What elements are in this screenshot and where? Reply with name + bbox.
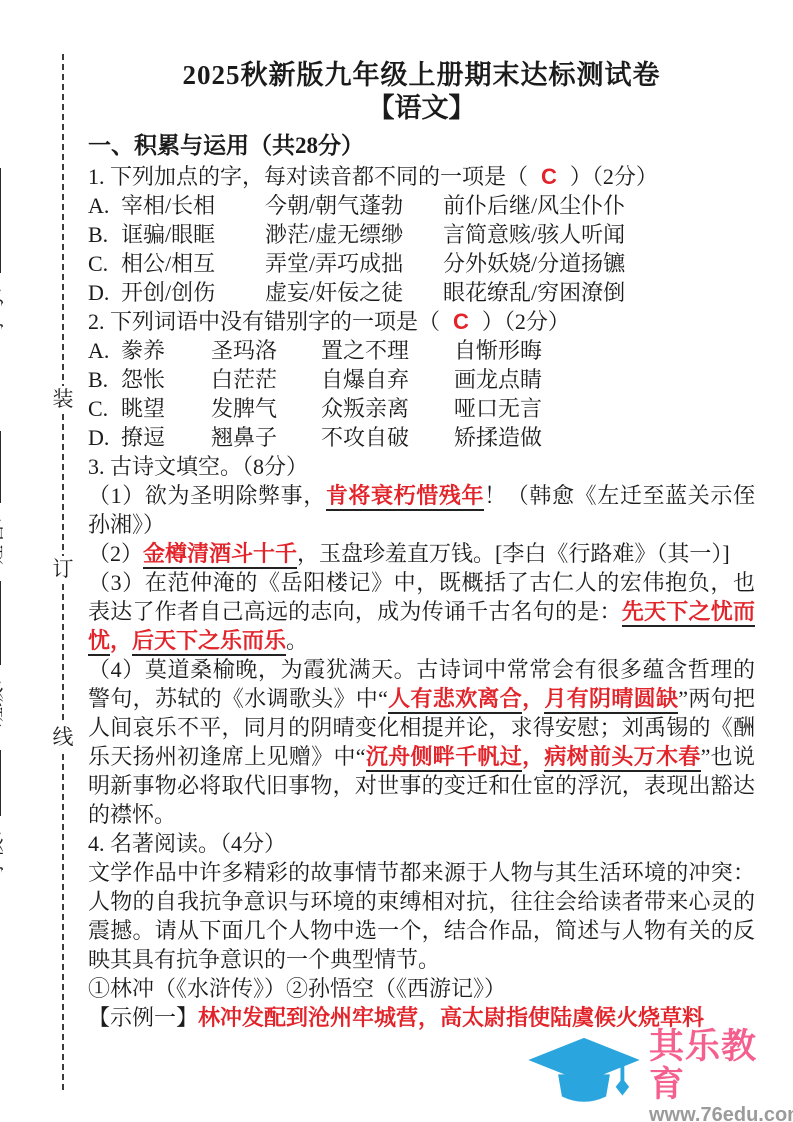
q1-option-c-pair2: 弄堂/弄巧成拙 xyxy=(265,249,443,278)
q1-option-b-pair2: 渺茫/虚无缥缈 xyxy=(265,220,443,249)
q1-option-d-pair1: 开创/创伤 xyxy=(121,278,265,307)
q1-option-a-pair2: 今朝/朝气蓬勃 xyxy=(265,191,443,220)
q2-option-d: D.撩逗翘鼻子不攻自破矫揉造做 xyxy=(88,423,755,452)
q1-option-d-pair2: 虚妄/奸佞之徒 xyxy=(265,278,443,307)
paper-subject: 【语文】 xyxy=(88,92,755,124)
q2-option-a-word2: 圣玛洛 xyxy=(211,336,321,365)
paper-content: 2025秋新版九年级上册期末达标测试卷 【语文】 一、积累与运用（共28分） 1… xyxy=(88,58,755,1032)
binding-char-xian: 线 xyxy=(50,724,76,750)
q3-fill-1: （1）欲为圣明除弊事，肯将衰朽惜残年！（韩愈《左迁至蓝关示侄孙湘》） xyxy=(88,481,755,539)
q1-option-a-label: A. xyxy=(88,191,121,220)
q3-fill-3-answer2: 后天下之乐而乐 xyxy=(132,628,286,656)
q2-stem-pre: 2. 下列词语中没有错别字的一项是（ xyxy=(88,309,440,334)
q2-stem-post: ）（2分） xyxy=(482,309,570,334)
q2-option-b-label: B. xyxy=(88,365,121,394)
q3-fill-3: （3）在范仲淹的《岳阳楼记》中，既概括了古仁人的宏伟抱负，也表达了作者自己高远的… xyxy=(88,568,755,655)
q3-fill-4-answer3: 沉舟侧畔千帆过 xyxy=(366,744,523,772)
q1-stem: 1. 下列加点的字，每对读音都不同的一项是（C）（2分） xyxy=(88,162,755,191)
q2-option-c: C.眺望发脾气众叛亲离哑口无言 xyxy=(88,394,755,423)
q1-option-b-pair1: 诓骗/眼眶 xyxy=(121,220,265,249)
q2-option-c-word4: 哑口无言 xyxy=(454,394,542,423)
field-class: 班级： xyxy=(0,581,8,727)
q2-option-b-word3: 自爆自弃 xyxy=(321,365,454,394)
q2-option-a-word3: 置之不理 xyxy=(321,336,454,365)
q3-fill-4-answer2: 月有阴晴圆缺 xyxy=(544,686,678,714)
q2-option-c-word2: 发脾气 xyxy=(211,394,321,423)
q3-fill-1-answer: 肯将衰朽惜残年 xyxy=(326,483,484,511)
q2-option-b-word1: 怨怅 xyxy=(121,365,211,394)
q2-option-d-word3: 不攻自破 xyxy=(321,423,454,452)
field-student-id-blank xyxy=(0,168,1,273)
section-1-heading: 一、积累与运用（共28分） xyxy=(88,130,755,162)
q4-choices: ①林冲（《水浒传》）②孙悟空（《西游记》） xyxy=(88,974,755,1003)
q1-option-b-pair3: 言简意赅/骇人听闻 xyxy=(443,220,625,249)
q3-stem: 3. 古诗文填空。（8分） xyxy=(88,452,755,481)
q3-fill-2-answer: 金樽清酒斗十千 xyxy=(143,541,297,569)
field-name-blank xyxy=(0,431,1,503)
q1-option-c-pair3: 分外妖娆/分道扬镳 xyxy=(443,249,625,278)
q1-option-a: A.宰相/长相今朝/朝气蓬勃前仆后继/风尘仆仆 xyxy=(88,191,755,220)
q1-option-c-pair1: 相公/相互 xyxy=(121,249,265,278)
q3-fill-2-post: ，玉盘珍羞直万钱。[李白《行路难》（其一）] xyxy=(297,541,730,566)
exam-paper-page: 装 订 线 学号： 姓名： 班级： 学校： 2025秋新版九年级上册期末达标测试… xyxy=(0,0,793,1122)
q3-fill-4: （4）莫道桑榆晚，为霞犹满天。古诗词中常常会有很多蕴含哲理的警句，苏轼的《水调歌… xyxy=(88,655,755,829)
q2-answer: C xyxy=(453,309,469,334)
publisher-logo: 其乐教育 www.76edu.com xyxy=(523,1028,791,1122)
publisher-website: www.76edu.com xyxy=(649,1104,791,1122)
field-student-id: 学号： xyxy=(0,168,8,335)
q2-option-d-word4: 矫揉造做 xyxy=(454,423,542,452)
publisher-brand-name: 其乐教育 xyxy=(649,1028,791,1104)
q2-option-a: A.豢养圣玛洛置之不理自惭形晦 xyxy=(88,336,755,365)
q2-option-b-word4: 画龙点睛 xyxy=(454,365,542,394)
q1-option-d: D.开创/创伤虚妄/奸佞之徒眼花缭乱/穷困潦倒 xyxy=(88,278,755,307)
field-class-blank xyxy=(0,581,1,665)
q1-stem-pre: 1. 下列加点的字，每对读音都不同的一项是（ xyxy=(88,164,528,189)
q1-option-b-label: B. xyxy=(88,220,121,249)
q2-option-d-word1: 撩逗 xyxy=(121,423,211,452)
q1-answer: C xyxy=(541,164,557,189)
field-school: 学校： xyxy=(0,750,8,878)
q1-option-a-pair3: 前仆后继/风尘仆仆 xyxy=(443,191,625,220)
q3-fill-4-answer1: 人有悲欢离合 xyxy=(388,686,522,714)
q3-fill-2: （2）金樽清酒斗十千，玉盘珍羞直万钱。[李白《行路难》（其一）] xyxy=(88,539,755,568)
field-class-label: 班级： xyxy=(0,667,6,727)
field-school-blank xyxy=(0,750,1,816)
q4-stem: 4. 名著阅读。（4分） xyxy=(88,829,755,858)
q3-fill-4-sep1: ， xyxy=(522,686,544,711)
q4-example-text: 林冲发配到沧州牢城营，高太尉指使陆虞候火烧草料 xyxy=(198,1005,704,1030)
q2-option-b-word2: 白茫茫 xyxy=(211,365,321,394)
q2-option-a-label: A. xyxy=(88,336,121,365)
q2-option-d-label: D. xyxy=(88,423,121,452)
q1-option-c-label: C. xyxy=(88,249,121,278)
q2-option-c-word1: 眺望 xyxy=(121,394,211,423)
q1-option-d-pair3: 眼花缭乱/穷困潦倒 xyxy=(443,278,625,307)
q3-fill-4-sep2: ， xyxy=(522,744,544,769)
q1-option-d-label: D. xyxy=(88,278,121,307)
q4-body: 文学作品中许多精彩的故事情节都来源于人物与其生活环境的冲突：人物的自我抗争意识与… xyxy=(88,858,755,974)
field-student-id-label: 学号： xyxy=(0,275,6,335)
q2-option-c-label: C. xyxy=(88,394,121,423)
q2-option-b: B.怨怅白茫茫自爆自弃画龙点睛 xyxy=(88,365,755,394)
field-name: 姓名： xyxy=(0,431,8,565)
q1-option-a-pair1: 宰相/长相 xyxy=(121,191,265,220)
q3-fill-3-sep: ， xyxy=(110,628,132,653)
q1-option-c: C.相公/相互弄堂/弄巧成拙分外妖娆/分道扬镳 xyxy=(88,249,755,278)
q3-fill-1-pre: （1）欲为圣明除弊事， xyxy=(88,483,326,508)
q2-option-c-word3: 众叛亲离 xyxy=(321,394,454,423)
q1-option-b: B.诓骗/眼眶渺茫/虚无缥缈言简意赅/骇人听闻 xyxy=(88,220,755,249)
q2-option-a-word4: 自惭形晦 xyxy=(454,336,542,365)
publisher-logo-texts: 其乐教育 www.76edu.com xyxy=(649,1028,791,1122)
field-name-label: 姓名： xyxy=(0,505,6,565)
q4-example-label: 【示例一】 xyxy=(88,1005,198,1030)
binding-char-ding: 订 xyxy=(50,556,76,582)
q1-stem-post: ）（2分） xyxy=(570,164,658,189)
q2-stem: 2. 下列词语中没有错别字的一项是（C）（2分） xyxy=(88,307,755,336)
paper-title: 2025秋新版九年级上册期末达标测试卷 xyxy=(88,58,755,92)
q3-fill-3-post: 。 xyxy=(286,628,308,653)
q2-option-a-word1: 豢养 xyxy=(121,336,211,365)
graduation-cap-icon xyxy=(523,1036,645,1108)
q3-fill-2-pre: （2） xyxy=(88,541,143,566)
binding-char-zhuang: 装 xyxy=(50,386,76,412)
q2-option-d-word2: 翘鼻子 xyxy=(211,423,321,452)
field-school-label: 学校： xyxy=(0,818,6,878)
q3-fill-4-answer4: 病树前头万木春 xyxy=(544,744,700,772)
